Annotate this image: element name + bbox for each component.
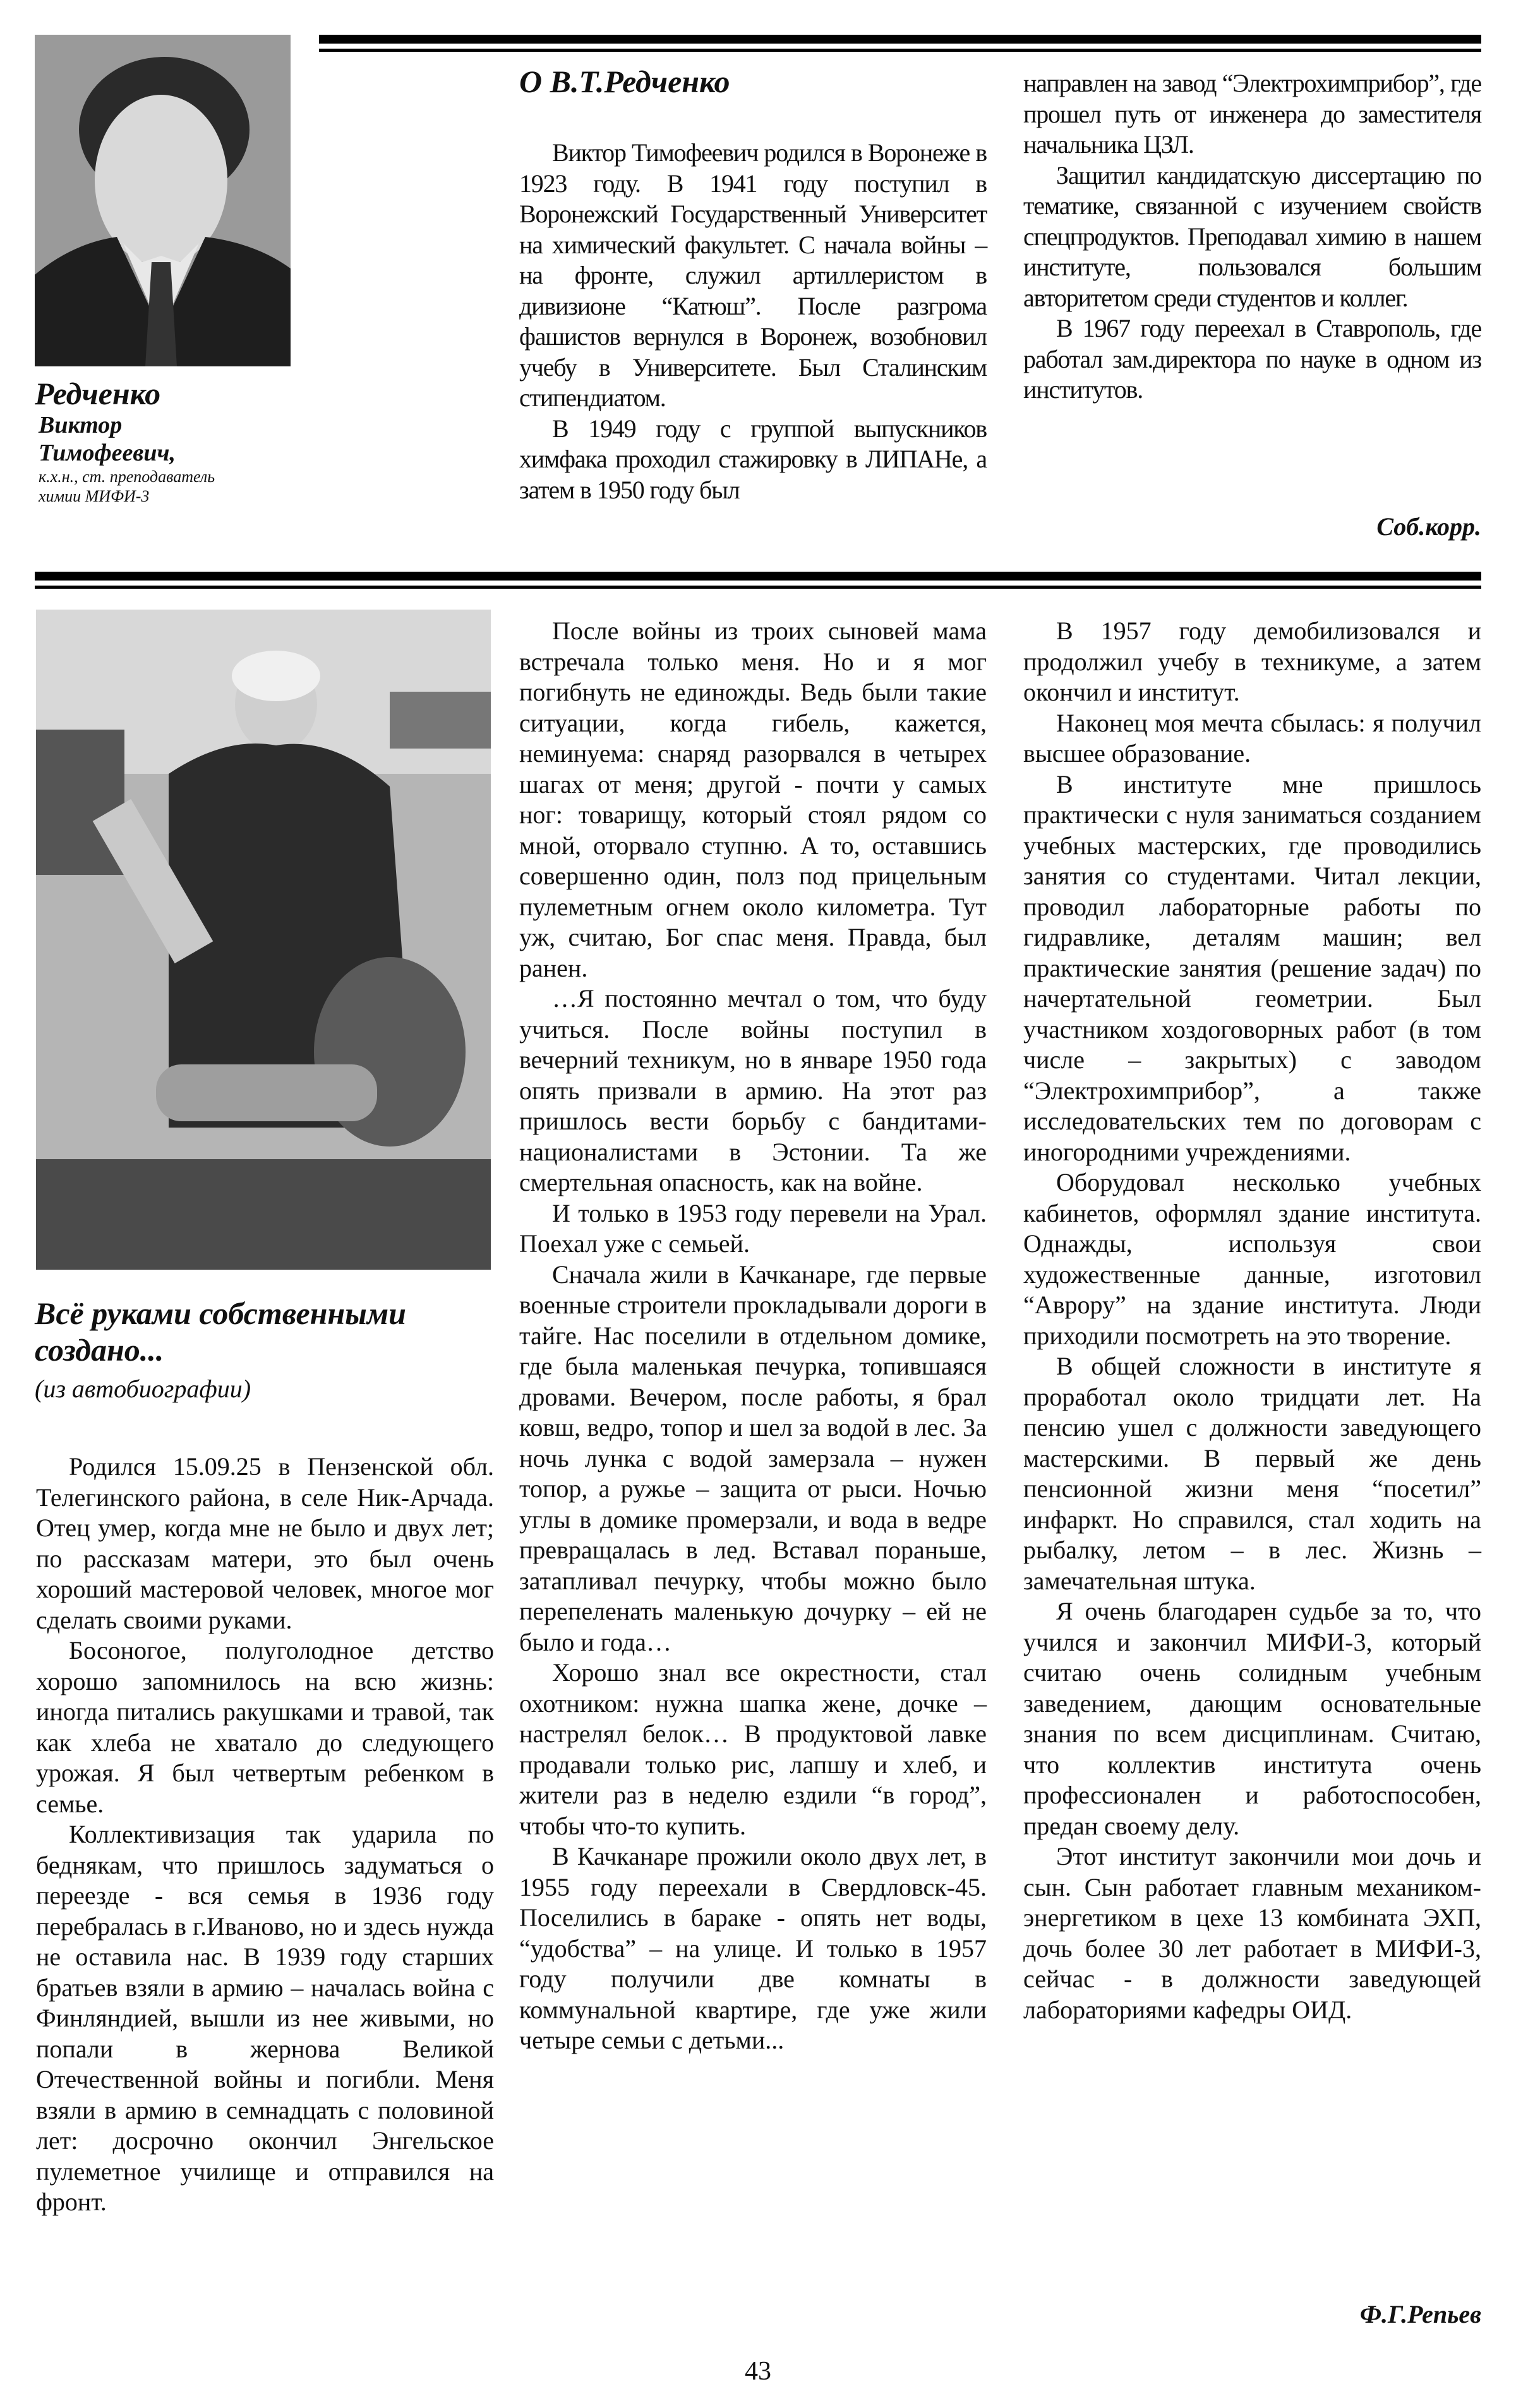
article2-subtitle: (из автобиографии) <box>35 1374 251 1404</box>
portrait-image <box>35 35 291 366</box>
paragraph: Этот институт закончили мои дочь и сын. … <box>1023 1841 1481 2025</box>
article2-signature: Ф.Г.Репьев <box>1023 2299 1481 2329</box>
paragraph: Сначала жили в Качканаре, где первые вое… <box>519 1260 987 1658</box>
article1-signature: Соб.корр. <box>1023 512 1481 541</box>
paragraph: Босоногое, полуголодное детство хорошо з… <box>36 1635 494 1819</box>
portrait-photo-redchenko <box>35 35 291 366</box>
caption-first-name: Виктор <box>35 411 306 439</box>
portrait-caption: Редченко Виктор Тимофеевич, к.х.н., ст. … <box>35 376 306 506</box>
article2-column-2: После войны из троих сыновей мама встреч… <box>519 616 987 2056</box>
workshop-image <box>36 610 491 1270</box>
top-rule-thin <box>319 49 1481 52</box>
paragraph: После войны из троих сыновей мама встреч… <box>519 616 987 984</box>
paragraph: Коллективизация так ударила по беднякам,… <box>36 1819 494 2218</box>
top-rule-thick <box>319 35 1481 44</box>
article2-title-line2: создано... <box>35 1332 496 1368</box>
paragraph: Оборудовал несколько учебных кабинетов, … <box>1023 1167 1481 1351</box>
article2-column-1: Родился 15.09.25 в Пензенской обл. Телег… <box>36 1452 494 2218</box>
paragraph: В общей сложности в институте я проработ… <box>1023 1351 1481 1596</box>
article1-column-2: направлен на завод “Электрохимприбор”, г… <box>1023 68 1481 406</box>
article2-title: Всё руками собственными создано... <box>35 1295 496 1368</box>
paragraph: В 1957 году демобилизовался и продолжил … <box>1023 616 1481 708</box>
paragraph: Хорошо знал все окрестности, стал охотни… <box>519 1658 987 1841</box>
paragraph: Я очень благодарен судьбе за то, что учи… <box>1023 1596 1481 1841</box>
article2-title-line1: Всё руками собственными <box>35 1295 496 1332</box>
paragraph: Родился 15.09.25 в Пензенской обл. Телег… <box>36 1452 494 1635</box>
workshop-photo <box>36 610 491 1270</box>
caption-role-line1: к.х.н., ст. преподаватель <box>35 467 306 486</box>
caption-patronymic: Тимофеевич, <box>35 439 306 467</box>
paragraph: В 1949 году с группой выпускников химфак… <box>519 414 987 506</box>
paragraph: В Качканаре прожили около двух лет, в 19… <box>519 1841 987 2056</box>
section-rule-thick <box>35 572 1481 581</box>
paragraph: …Я постоянно мечтал о том, что буду учит… <box>519 984 987 1198</box>
paragraph: Защитил кандидатскую диссертацию по тема… <box>1023 160 1481 314</box>
paragraph-continuation: направлен на завод “Электрохимприбор”, г… <box>1023 68 1481 160</box>
paragraph: И только в 1953 году перевели на Урал. П… <box>519 1198 987 1260</box>
paragraph: В 1967 году переехал в Ставрополь, где р… <box>1023 313 1481 406</box>
paragraph: Виктор Тимофеевич родился в Воронеже в 1… <box>519 138 987 414</box>
article1-title: О В.Т.Редченко <box>519 63 730 100</box>
paragraph: Наконец моя мечта сбылась: я получил выс… <box>1023 708 1481 769</box>
section-rule-thin <box>35 586 1481 589</box>
caption-surname: Редченко <box>35 376 306 411</box>
caption-role-line2: химии МИФИ-3 <box>35 486 306 506</box>
article2-column-3: В 1957 году демобилизовался и продолжил … <box>1023 616 1481 2025</box>
page-number: 43 <box>695 2356 821 2387</box>
article1-column-1: Виктор Тимофеевич родился в Воронеже в 1… <box>519 138 987 505</box>
paragraph: В институте мне пришлось практически с н… <box>1023 769 1481 1168</box>
